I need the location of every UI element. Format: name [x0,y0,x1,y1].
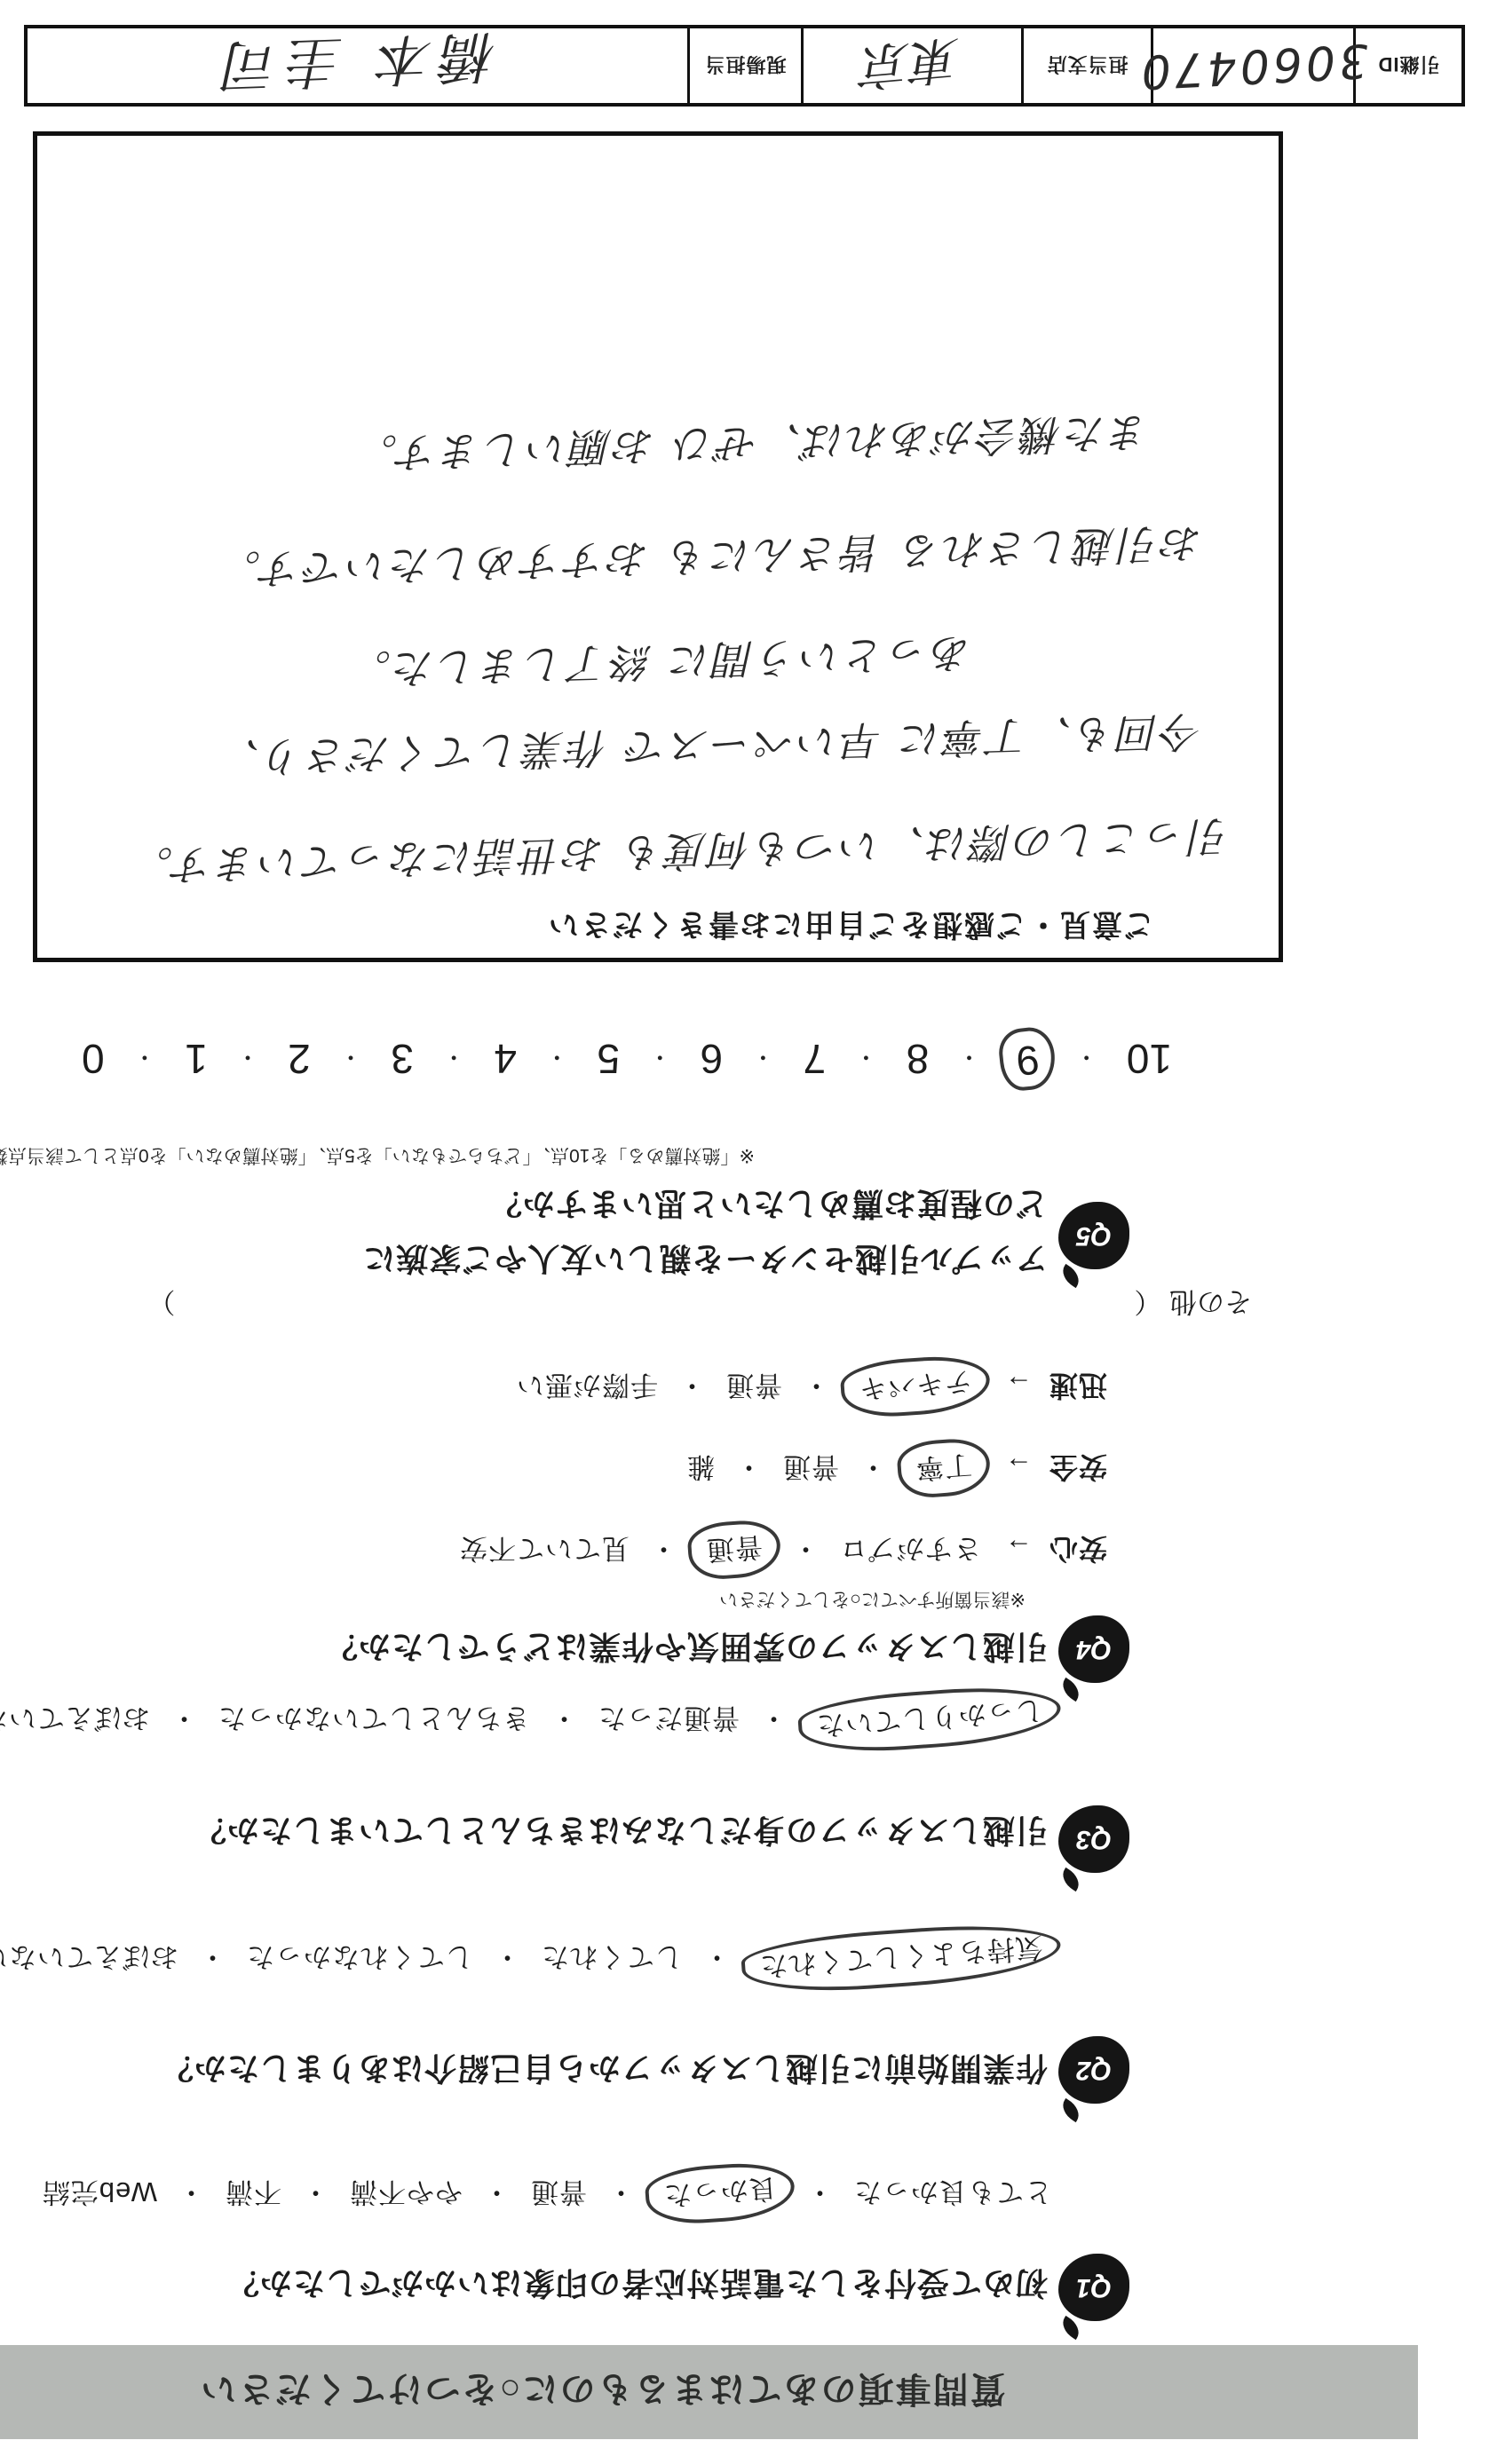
q3-option: きちんとしていなかった [218,1701,598,1741]
scale-value: 1 [185,1035,208,1083]
scale-separator: ・ [751,1043,774,1076]
scale-separator: ・ [545,1043,568,1076]
q4-row-option: 手際が悪い [516,1368,725,1408]
q2-option-selected: 気持ちよくしてくれた [750,1937,1052,1979]
site-staff-handwritten-name: 橋本 圭司 [215,21,500,110]
q4-row-option: さすがプロ [839,1531,981,1571]
q3-option: 普通だった [598,1701,807,1741]
scale-separator: ・ [958,1043,981,1076]
q5-question-line2: どの程度お薦めしたいと思いますか？ [489,1183,1048,1228]
q4-row-option-selected: 丁寧 [907,1447,981,1489]
handwritten-selection-circle: 気持ちよくしてくれた [740,1919,1063,1998]
q4-row-option-selected: テキパキ [850,1365,981,1408]
handwritten-selection-circle: 9 [997,1025,1058,1093]
q1-badge: Q1 [1058,2254,1129,2321]
arrow-right-icon: → [1004,1451,1033,1482]
scale-separator: ・ [339,1043,362,1076]
scale-separator: ・ [442,1043,465,1076]
q4-row-option: 雑 [686,1449,782,1489]
q4-row-label: 安全 [1049,1451,1107,1483]
scanned-survey-sheet: 質問事項のあてはまるものに○をつけてください Q1 初めて受付をした電話対応者の… [0,0,1489,2464]
scale-value: 7 [804,1035,827,1083]
q1-option: やや不満 [349,2175,530,2215]
q1-option: 不満 [225,2175,349,2215]
q4-other-label: その他 [1169,1286,1252,1317]
q4-row-option: 普通 [782,1449,907,1489]
q1-option: Web完結 [42,2175,225,2215]
scale-separator: ・ [854,1043,877,1076]
scale-separator: ・ [133,1043,156,1076]
handover-id-label: 引継ID [1378,52,1440,80]
q2-option: してくれなかった [246,1939,541,1979]
q3-options: しっかりしていた普通だったきちんとしていなかったおぼえていない [0,1698,1052,1741]
q4-row-jinsoku: 迅速→テキパキ普通手際が悪い [516,1365,1107,1408]
handwritten-comment-line: 引っこしの際は、いつも何度も お世話になっています。 [129,809,1230,899]
q1-question: 初めて受付をした電話対応者の印象はいかがでしたか？ [226,2263,1048,2308]
handwritten-comment-line: 今回も、丁寧に 早いペースで 作業してくださり、 [216,705,1203,791]
q4-badge-label: Q4 [1076,1634,1112,1664]
handwritten-comment-line: お引越しされる 皆さんにも おすすめしたいです。 [217,517,1203,603]
q3-badge: Q3 [1058,1805,1129,1873]
q5-note: ※「絶対薦める」を10点、「どちらでもない」を5点、「絶対薦めない」を0点として… [0,1143,755,1170]
scale-separator: ・ [236,1043,259,1076]
q4-row-option: 見ていて不安 [459,1531,697,1571]
instruction-banner: 質問事項のあてはまるものに○をつけてください [0,2345,1418,2439]
q5-question-line1: アップル引越センターを親しい友人やご家族に [362,1238,1048,1283]
q2-options: 気持ちよくしてくれたしてくれたしてくれなかったおぼえていない [0,1937,1052,1979]
handover-id-handwritten-value: 3060470 [1137,33,1369,99]
scale-separator: ・ [1075,1043,1098,1076]
q4-note: ※該当箇所すべてに○をしてください [719,1587,1026,1614]
q4-row-label: 迅速 [1049,1370,1107,1402]
arrow-right-icon: → [1004,1533,1033,1564]
site-staff-label: 現場担当 [705,52,787,80]
survey-sheet-rotated-180: 質問事項のあてはまるものに○をつけてください Q1 初めて受付をした電話対応者の… [0,0,1489,2464]
branch-label: 担当支店 [1047,52,1129,80]
handwritten-comment-line: また機会があれば、ぜひ お願いします。 [353,406,1150,486]
q4-other-open-paren: （ [1134,1286,1161,1317]
scale-value: 3 [391,1035,414,1083]
scale-separator: ・ [648,1043,671,1076]
comment-box: ご意見・ご感想をご自由にお書きください 引っこしの際は、いつも何度も お世話にな… [33,131,1283,962]
q4-row-anzen: 安全→丁寧普通雑 [686,1447,1107,1489]
handwritten-selection-circle: 普通 [686,1518,782,1581]
handwritten-selection-circle: テキパキ [839,1353,992,1420]
scale-value: 4 [494,1035,517,1083]
q3-option-selected: しっかりしていた [807,1698,1052,1741]
scale-value: 10 [1127,1035,1172,1083]
handwritten-selection-circle: 良かった [644,2160,796,2227]
scale-value: 0 [82,1035,105,1083]
q1-badge-label: Q1 [1076,2272,1112,2302]
q4-other-row: その他 （） [147,1284,1252,1324]
branch-handwritten-value: 東京 [859,26,965,105]
scale-value: 2 [288,1035,311,1083]
comment-box-label: ご意見・ご感想をご自由にお書きください [547,905,1154,949]
q5-recommend-scale: 10・9・8・7・6・5・4・3・2・1・0 [82,1035,1172,1083]
q2-option: おぼえていない [0,1939,246,1979]
q4-row-option: 普通 [725,1368,850,1408]
q2-badge-label: Q2 [1076,2055,1112,2085]
q4-row-label: 安心 [1049,1533,1107,1565]
handwritten-selection-circle: しっかりしていた [796,1682,1063,1757]
q1-option-selected: 良かった [654,2172,853,2215]
q1-option: 普通 [530,2175,654,2215]
q2-question: 作業開始前に引越しスタッフから自己紹介はありましたか？ [161,2048,1048,2093]
q2-badge: Q2 [1058,2036,1129,2104]
q4-question: 引越しスタッフの雰囲気や作業はどうでしたか？ [325,1626,1048,1671]
q4-row-option-selected: 普通 [697,1528,839,1571]
q4-other-close-paren: ） [147,1286,175,1317]
q5-badge: Q5 [1058,1202,1129,1269]
q1-option: とても良かった [853,2175,1052,2215]
scale-value: 8 [907,1035,930,1083]
scale-value: 6 [701,1035,724,1083]
scale-value: 5 [597,1035,620,1083]
q4-row-anshin: 安心→さすがプロ普通見ていて不安 [459,1528,1107,1571]
q3-option: おぼえていない [0,1701,218,1741]
instruction-banner-text: 質問事項のあてはまるものに○をつけてください [199,2367,1005,2418]
arrow-right-icon: → [1004,1370,1033,1401]
q3-badge-label: Q3 [1076,1824,1112,1854]
q4-badge: Q4 [1058,1615,1129,1683]
q3-question: 引越しスタッフの身だしなみはきちんとしていましたか？ [194,1810,1048,1855]
q1-options: とても良かった良かった普通やや不満不満Web完結 [42,2172,1052,2215]
handwritten-comment-line: あっという間に 終了しました。 [347,626,973,702]
q2-option: してくれた [541,1939,750,1979]
staff-info-table: 引継ID 3060470 担当支店 東京 現場担当 橋本 圭司 [24,25,1465,107]
handwritten-selection-circle: 丁寧 [896,1436,992,1499]
q5-badge-label: Q5 [1076,1220,1112,1251]
